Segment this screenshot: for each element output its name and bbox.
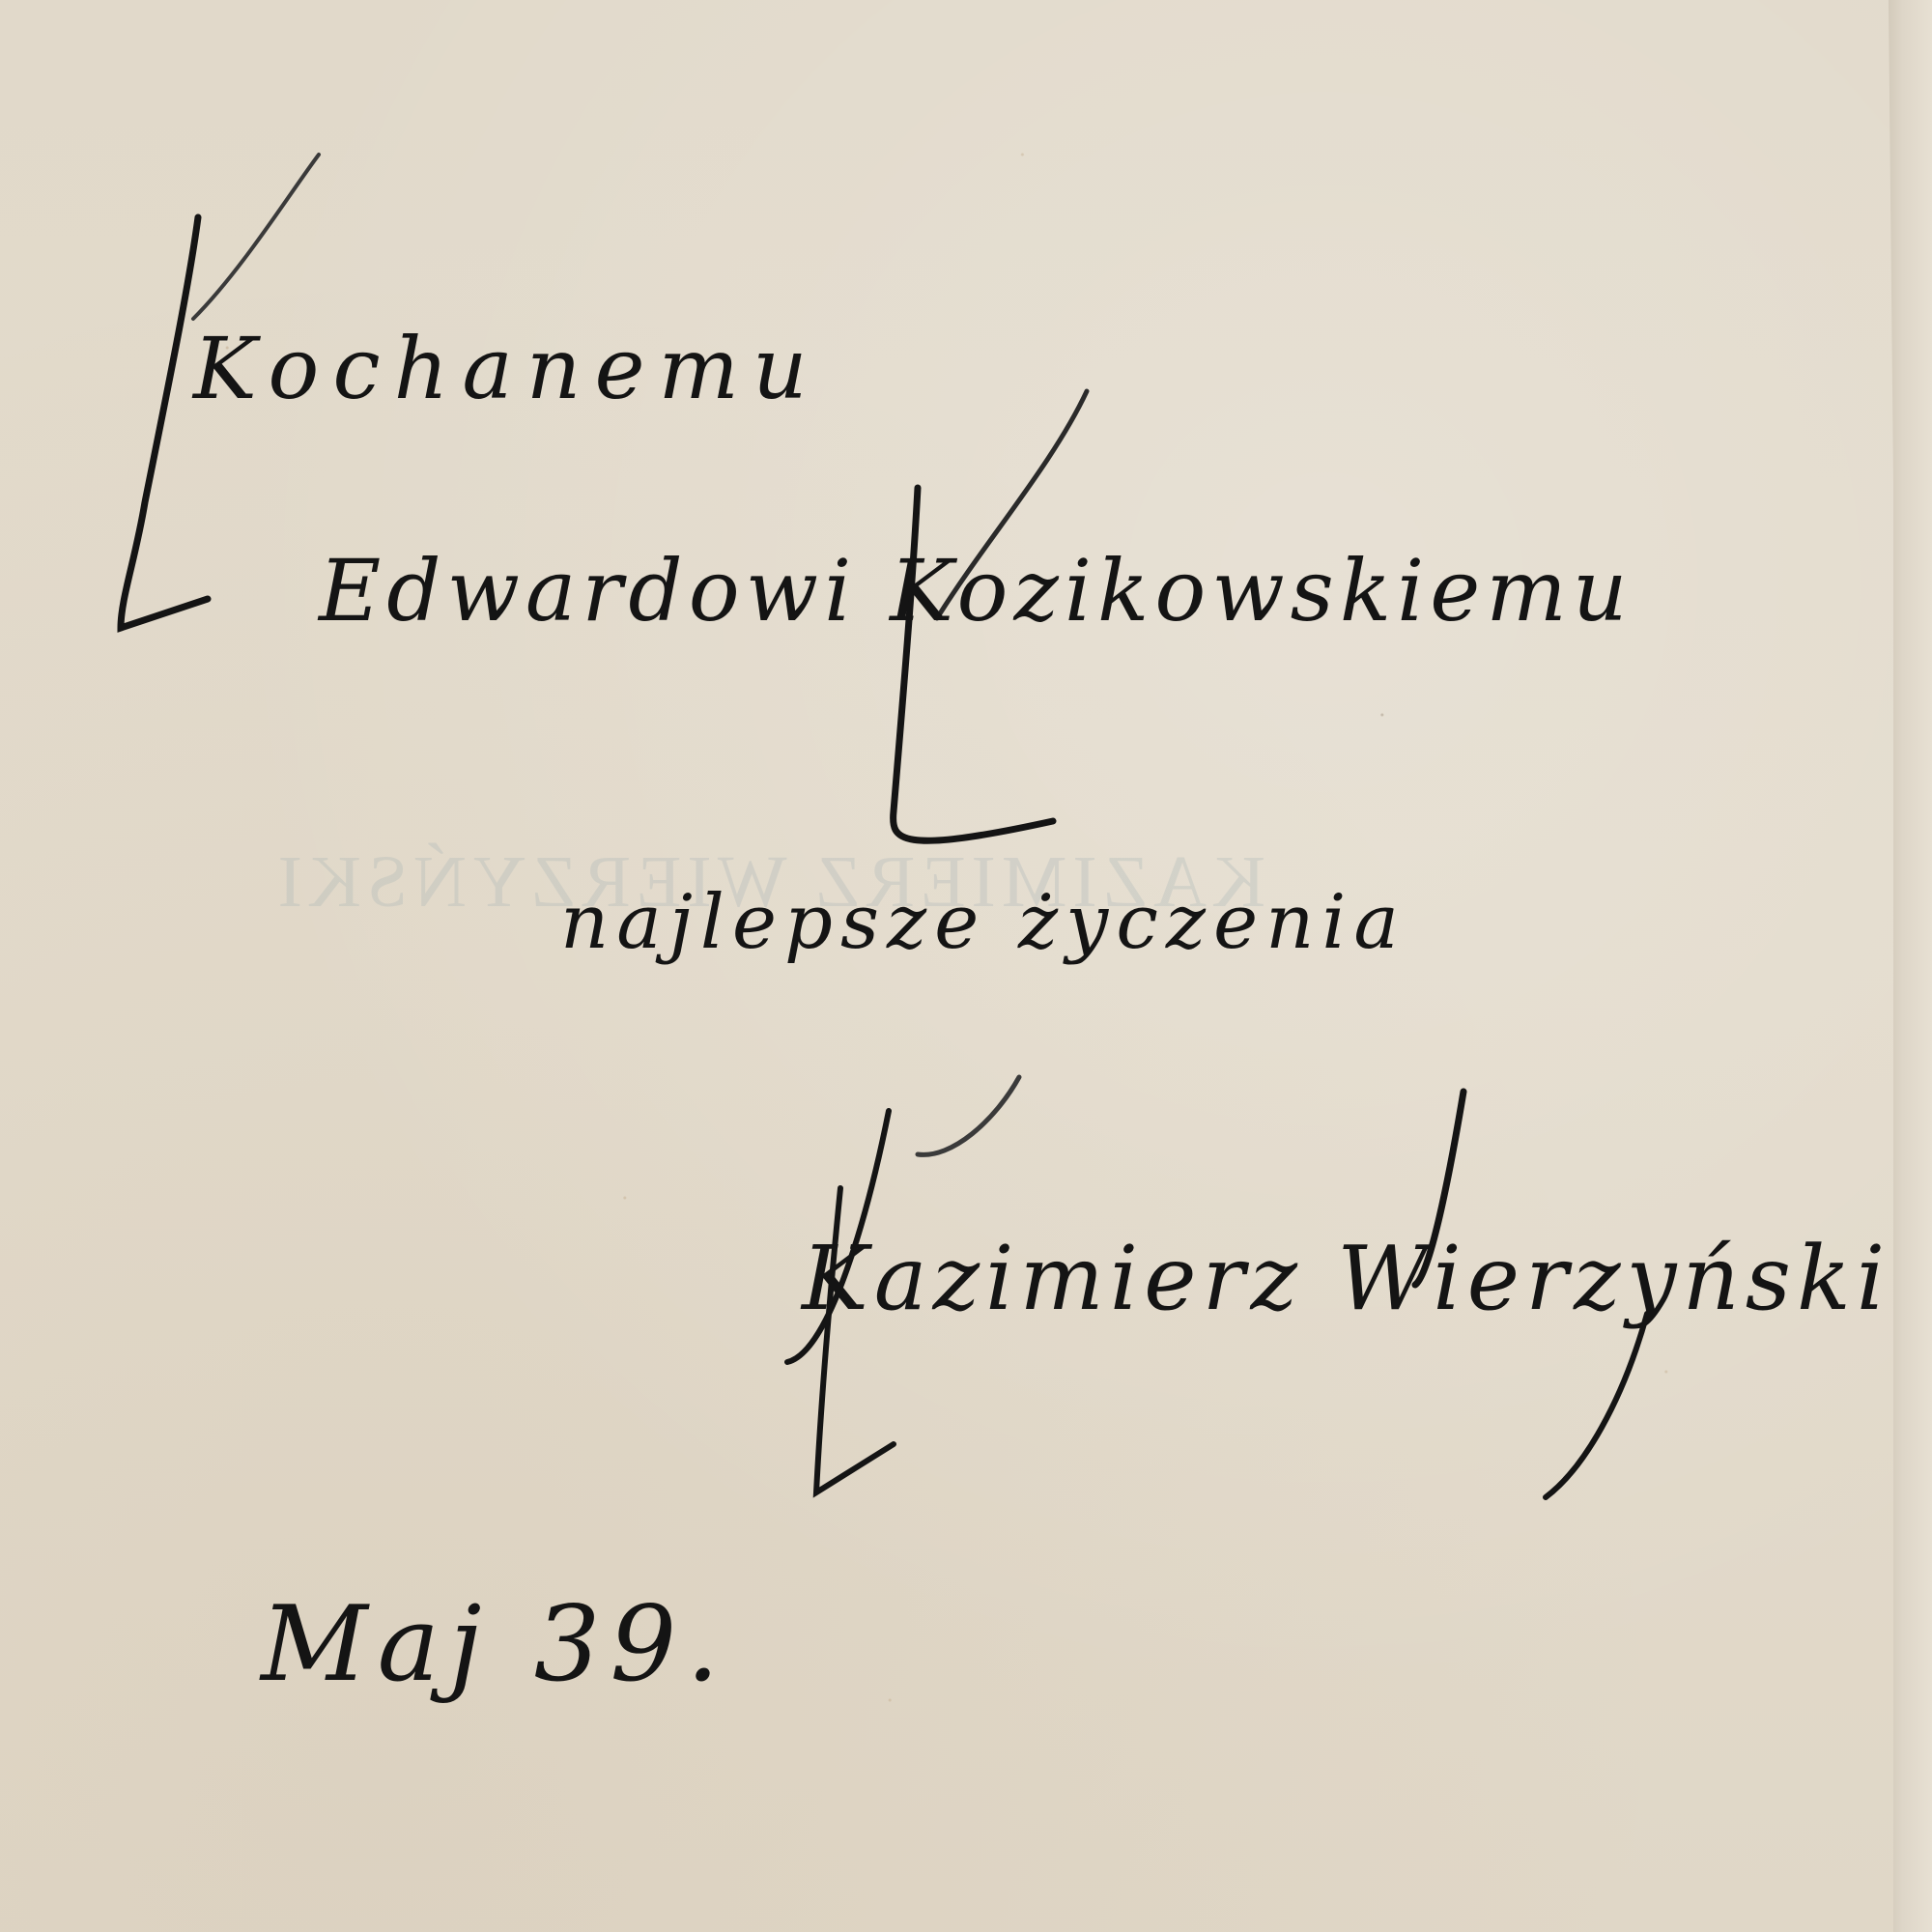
capital-k-flourish <box>121 217 208 628</box>
recipient-name: Edwardowi Kozikowskiemu <box>319 541 1634 640</box>
wishes-line: najlepsze życzenia <box>560 879 1406 966</box>
signature-y-descender <box>1546 1314 1647 1497</box>
photo-stage: KAZIMIERZ WIERZYŃSKI Kochanemu Edwardowi… <box>0 0 1932 1932</box>
salutation: Kochanemu <box>193 319 821 418</box>
capital-k-arm <box>193 155 319 319</box>
signature-k-arm <box>918 1077 1019 1154</box>
author-signature: Kazimierz Wierzyński <box>802 1227 1890 1330</box>
inscription-date: Maj 39. <box>261 1584 729 1705</box>
book-page: KAZIMIERZ WIERZYŃSKI Kochanemu Edwardowi… <box>0 0 1893 1932</box>
